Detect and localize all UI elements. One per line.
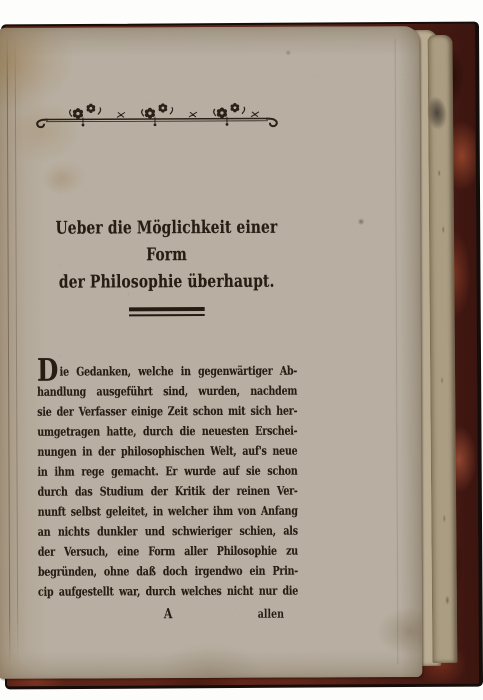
- body-text-line: durch das Studium der Kritik der reinen …: [38, 481, 298, 502]
- fore-edge-crease: [395, 39, 399, 664]
- catchword: allen: [258, 604, 284, 624]
- signature-mark: A: [164, 606, 173, 622]
- body-text-line: sie der Verfasser einige Zeit schon mit …: [37, 401, 297, 422]
- title-line-2: der Philosophie überhaupt.: [37, 269, 297, 297]
- body-text-line: begründen, ohne daß doch irgendwo ein Pr…: [38, 561, 298, 582]
- body-text-line: handlung ausgeführt sind, wurden, nachde…: [37, 381, 297, 402]
- body-text-line: cip aufgestellt war, durch welches nicht…: [38, 581, 298, 602]
- text-column: Ueber die Möglichkeit einer Form der Phi…: [36, 215, 298, 625]
- body-text: Die Gedanken, welche in gegenwärtiger Ab…: [37, 361, 298, 602]
- body-text-line: der Versuch, eine Form aller Philosophie…: [38, 541, 298, 562]
- body-line-text: ie Gedanken, welche in gegenwärtiger Ab-: [60, 364, 298, 379]
- body-text-line: umgetragen hatte, durch die neuesten Ers…: [37, 421, 297, 442]
- signature-line: A allen: [38, 604, 298, 625]
- title-divider-rule: [129, 307, 205, 316]
- book-photograph: Ueber die Möglichkeit einer Form der Phi…: [0, 0, 483, 700]
- gutter-fold-line: [7, 34, 11, 665]
- body-text-line: Die Gedanken, welche in gegenwärtiger Ab…: [37, 361, 297, 382]
- title-line-1: Ueber die Möglichkeit einer Form: [36, 215, 296, 270]
- page-title: Ueber die Möglichkeit einer Form der Phi…: [36, 215, 296, 297]
- page-edge-stack-inner: [428, 35, 458, 663]
- body-text-line: nunft selbst geleitet, in welcher ihm vo…: [38, 501, 298, 522]
- body-text-line: in ihm rege gemacht. Er wurde auf sie sc…: [37, 461, 297, 482]
- book-page: Ueber die Möglichkeit einer Form der Phi…: [0, 26, 422, 679]
- body-text-line: an nichts dunkler und schwieriger schien…: [38, 521, 298, 542]
- floral-headpiece-ornament-icon: [33, 101, 281, 132]
- body-text-line: nungen in der philosophischen Welt, auf'…: [37, 441, 297, 462]
- gutter-fold-line: [15, 36, 19, 661]
